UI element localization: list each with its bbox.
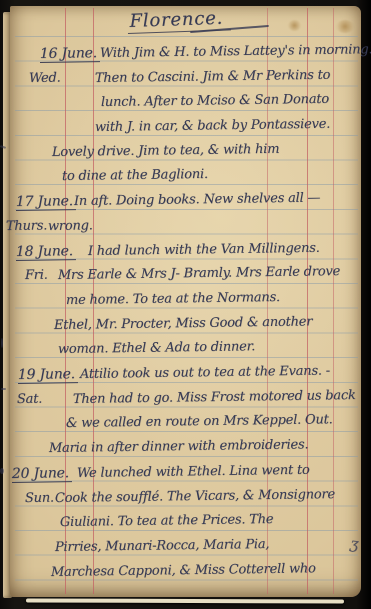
page-edge-squiggle-mark: ʒ xyxy=(349,534,359,553)
entry-line: With Jim & H. to Miss Lattey's in mornin… xyxy=(100,42,371,61)
entry-line: I had lunch with the Van Millingens. xyxy=(88,241,320,259)
entry-line: Lovely drive. Jim to tea, & with him xyxy=(52,142,280,160)
entry-line: Mrs Earle & Mrs J- Bramly. Mrs Earle dro… xyxy=(58,264,340,283)
entry-date: 17 June. xyxy=(16,193,76,211)
entry-line: In aft. Doing books. New shelves all — xyxy=(74,191,321,209)
entry-line: Marchesa Capponi, & Miss Cotterell who xyxy=(51,561,316,580)
entry-day-label: Sat. xyxy=(17,392,42,407)
entry-day-label: Thurs. xyxy=(6,218,47,234)
entry-date: 20 June. xyxy=(12,465,72,483)
entry-line: Ethel, Mr. Procter, Miss Good & another xyxy=(54,314,313,333)
entry-line: lunch. After to Mciso & San Donato xyxy=(101,92,329,110)
entry-line: Then to Cascini. Jim & Mr Perkins to xyxy=(95,68,331,86)
entry-line: with J. in car, & back by Pontassieve. xyxy=(95,117,330,135)
entry-date: 19 June. xyxy=(18,366,78,384)
entry-line: Giuliani. To tea at the Prices. The xyxy=(60,512,274,530)
entry-line: Maria in after dinner with embroideries. xyxy=(49,437,309,456)
entry-day-label: Fri. xyxy=(25,268,48,283)
handwriting-layer: Florence. 16 June. With Jim & H. to Miss… xyxy=(0,0,371,609)
entry-day-label: Wed. xyxy=(29,71,61,86)
entry-line: Attilio took us out to tea at the Evans.… xyxy=(80,364,330,382)
entry-line: We lunched with Ethel. Lina went to xyxy=(77,463,310,481)
entry-day-label: Sun. xyxy=(25,491,54,506)
entry-line: Pirries, Munari-Rocca, Maria Pia, xyxy=(55,537,270,555)
entry-line: me home. To tea at the Normans. xyxy=(66,290,280,308)
entry-line: woman. Ethel & Ada to dinner. xyxy=(58,339,255,357)
entry-date: 18 June. xyxy=(16,243,76,261)
entry-line: to dine at the Baglioni. xyxy=(62,167,208,184)
entry-line: Then had to go. Miss Frost motored us ba… xyxy=(73,388,356,407)
entry-line: Cook the soufflé. The Vicars, & Monsigno… xyxy=(55,487,335,506)
entry-line: & we called en route on Mrs Keppel. Out. xyxy=(66,412,333,431)
entry-line: wrong. xyxy=(48,218,93,234)
entry-date: 16 June. xyxy=(40,45,100,63)
diary-photo: Florence. 16 June. With Jim & H. to Miss… xyxy=(0,0,371,609)
